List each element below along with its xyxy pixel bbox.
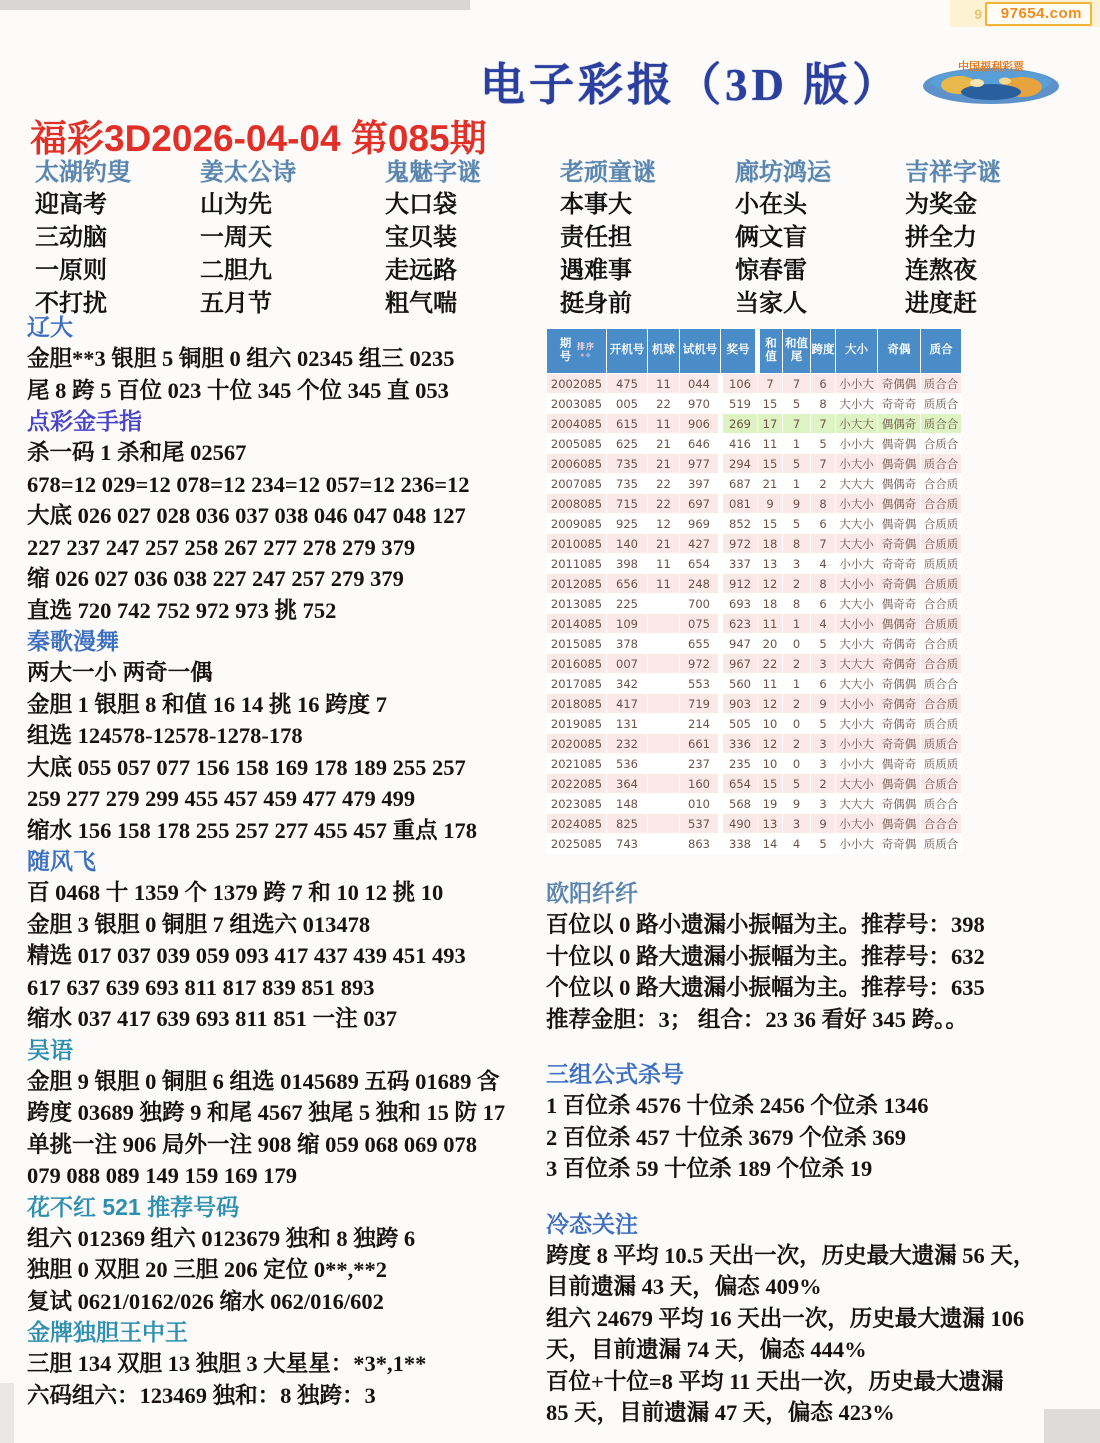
- riddle-line: 为奖金: [905, 188, 1100, 221]
- table-cell: 奇偶奇: [878, 654, 921, 674]
- table-cell: 偶奇偶: [878, 774, 921, 794]
- table-cell: 160: [680, 774, 721, 794]
- section-line: 缩水 156 158 178 255 257 277 455 457 重点 17…: [27, 815, 540, 847]
- table-cell: 12: [758, 694, 783, 714]
- table-cell: 336: [721, 734, 758, 754]
- table-cell: 大大小: [836, 774, 878, 794]
- riddle-column: 廊坊鸿运 小在头 俩文盲 惊春雷 当家人: [735, 158, 905, 320]
- section-line: 两大一小 两奇一偶: [27, 657, 540, 689]
- table-cell: 奇奇奇: [878, 394, 921, 414]
- table-cell: 合质质: [921, 514, 962, 534]
- riddle-line: 迎高考: [35, 188, 200, 221]
- section-line: 85 天，目前遗漏 47 天，偏态 423%: [546, 1397, 1100, 1429]
- table-cell: 奇偶偶: [878, 374, 921, 394]
- table-cell: [648, 674, 680, 694]
- table-cell: 237: [680, 754, 721, 774]
- riddle-lines: 迎高考 三动脑 一原则 不打扰: [35, 188, 200, 320]
- section-lines: 金胆**3 银胆 5 铜胆 0 组六 02345 组三 0235 尾 8 跨 5…: [27, 343, 540, 406]
- section-lines: 百位以 0 路小遗漏小振幅为主。推荐号：398 十位以 0 路大遗漏小振幅为主。…: [546, 909, 1100, 1035]
- table-cell: 大小小: [836, 614, 878, 634]
- table-cell: 1: [783, 674, 811, 694]
- table-cell: 大小小: [836, 694, 878, 714]
- section-line: 617 637 639 693 811 817 839 851 893: [27, 972, 540, 1004]
- table-cell: 11: [648, 374, 680, 394]
- table-cell: 2: [783, 654, 811, 674]
- table-cell: 5: [783, 514, 811, 534]
- table-cell: 9: [783, 794, 811, 814]
- section-line: 缩水 037 417 639 693 811 851 一注 037: [27, 1003, 540, 1035]
- table-row: 2019085 131 214 505 10: [547, 714, 962, 734]
- table-cell: 2013085: [547, 594, 607, 614]
- table-cell: 007: [607, 654, 648, 674]
- riddle-title: 姜太公诗: [200, 158, 385, 188]
- table-cell: 863: [680, 834, 721, 854]
- table-cell: 大大小: [836, 534, 878, 554]
- table-cell: 969: [680, 514, 721, 534]
- table-cell: 小小大: [836, 834, 878, 854]
- table-cell: 偶奇奇: [878, 754, 921, 774]
- table-cell: 大大小: [836, 674, 878, 694]
- table-cell: 10: [758, 754, 783, 774]
- riddle-column: 老顽童谜 本事大 责任担 遇难事 挺身前: [560, 158, 735, 320]
- table-cell: 338: [721, 834, 758, 854]
- table-cell: 5: [811, 714, 836, 734]
- riddle-line: 一周天: [200, 221, 385, 254]
- column-header-machine-ball: 机球: [648, 329, 680, 374]
- column-header-big-small: 大小: [836, 329, 878, 374]
- section-line: 金胆 9 银胆 0 铜胆 6 组选 0145689 五码 01689 含: [27, 1066, 540, 1098]
- table-cell: 2: [783, 694, 811, 714]
- section-lines: 跨度 8 平均 10.5 天出一次，历史最大遗漏 56 天， 目前遗漏 43 天…: [546, 1240, 1100, 1429]
- section-line: 金胆**3 银胆 5 铜胆 0 组六 02345 组三 0235: [27, 343, 540, 375]
- table-cell: [648, 694, 680, 714]
- table-cell: 693: [721, 594, 758, 614]
- analysis-section: 欧阳纤纤 百位以 0 路小遗漏小振幅为主。推荐号：398 十位以 0 路大遗漏小…: [546, 878, 1100, 1035]
- riddle-lines: 小在头 俩文盲 惊春雷 当家人: [735, 188, 905, 320]
- analysis-section: 随风飞 百 0468 十 1359 个 1379 跨 7 和 10 12 挑 1…: [27, 846, 540, 1035]
- table-cell: 2017085: [547, 674, 607, 694]
- table-cell: 5: [811, 434, 836, 454]
- sort-widget[interactable]: 排序 ●◆: [577, 343, 595, 359]
- table-cell: 6: [811, 374, 836, 394]
- table-cell: 269: [721, 414, 758, 434]
- table-cell: 质质合: [921, 394, 962, 414]
- table-cell: 398: [607, 554, 648, 574]
- table-cell: 2008085: [547, 494, 607, 514]
- table-cell: [648, 654, 680, 674]
- table-cell: 2007085: [547, 474, 607, 494]
- riddle-line: 遇难事: [560, 254, 735, 287]
- table-cell: 364: [607, 774, 648, 794]
- right-sections: 欧阳纤纤 百位以 0 路小遗漏小振幅为主。推荐号：398 十位以 0 路大遗漏小…: [546, 878, 1100, 1429]
- riddle-line: 宝贝装: [385, 221, 560, 254]
- table-cell: 大大小: [836, 594, 878, 614]
- riddle-line: 连熬夜: [905, 254, 1100, 287]
- table-cell: 13: [758, 814, 783, 834]
- table-cell: 22: [648, 394, 680, 414]
- table-cell: 0: [783, 714, 811, 734]
- section-title: 花不红 521 推荐号码: [27, 1192, 540, 1223]
- table-cell: 合合质: [921, 474, 962, 494]
- table-cell: 奇奇偶: [878, 534, 921, 554]
- riddle-line: 二胆九: [200, 254, 385, 287]
- section-title: 欧阳纤纤: [546, 878, 1100, 909]
- table-cell: 质合质: [921, 714, 962, 734]
- riddle-title: 老顽童谜: [560, 158, 735, 188]
- table-cell: 248: [680, 574, 721, 594]
- table-cell: 小小大: [836, 754, 878, 774]
- table-cell: 21: [648, 454, 680, 474]
- riddle-lines: 山为先 一周天 二胆九 五月节: [200, 188, 385, 320]
- analysis-section: 三组公式杀号 1 百位杀 4576 十位杀 2456 个位杀 1346 2 百位…: [546, 1059, 1100, 1185]
- table-cell: 5: [783, 394, 811, 414]
- table-cell: 654: [721, 774, 758, 794]
- table-cell: 623: [721, 614, 758, 634]
- section-title: 随风飞: [27, 846, 540, 877]
- table-cell: 11: [648, 414, 680, 434]
- column-header-sum-tail: 和值尾: [783, 329, 811, 374]
- table-cell: 大大大: [836, 794, 878, 814]
- table-cell: 232: [607, 734, 648, 754]
- section-line: 直选 720 742 752 972 973 挑 752: [27, 595, 540, 627]
- section-line: 十位以 0 路大遗漏小振幅为主。推荐号：632: [546, 941, 1100, 973]
- table-cell: [648, 754, 680, 774]
- table-cell: 3: [783, 554, 811, 574]
- table-cell: 11: [758, 674, 783, 694]
- masthead: 电子彩报（3D 版） 中国福利彩票: [480, 48, 1064, 113]
- table-cell: 743: [607, 834, 648, 854]
- table-row: 2018085 417 719 903 12: [547, 694, 962, 714]
- table-cell: 奇偶偶: [878, 674, 921, 694]
- analysis-section: 辽大 金胆**3 银胆 5 铜胆 0 组六 02345 组三 0235 尾 8 …: [27, 312, 540, 406]
- sort-label: 排序: [577, 343, 595, 351]
- riddle-column: 吉祥字谜 为奖金 拼全力 连熬夜 进度赶: [905, 158, 1100, 320]
- table-cell: [648, 734, 680, 754]
- table-header-row: 期号 排序 ●◆ 开机号 机球 试机号: [547, 329, 962, 374]
- column-header-winning-number: 奖号: [721, 329, 758, 374]
- table-cell: [648, 714, 680, 734]
- table-cell: 010: [680, 794, 721, 814]
- section-line: 大底 055 057 077 156 158 169 178 189 255 2…: [27, 752, 540, 784]
- table-cell: 质质合: [921, 734, 962, 754]
- table-cell: 5: [783, 454, 811, 474]
- table-cell: 2018085: [547, 694, 607, 714]
- riddle-line: 一原则: [35, 254, 200, 287]
- section-line: 目前遗漏 43 天，偏态 409%: [546, 1271, 1100, 1303]
- table-cell: 合合质: [921, 494, 962, 514]
- table-cell: 9: [811, 694, 836, 714]
- table-row: 2012085 656 11 248 912 12: [547, 574, 962, 594]
- table-cell: 1: [783, 614, 811, 634]
- table-row: 2005085 625 21 646 416 11: [547, 434, 962, 454]
- table-cell: 小小大: [836, 374, 878, 394]
- table-cell: 小小大: [836, 434, 878, 454]
- table-cell: 140: [607, 534, 648, 554]
- table-cell: 小大小: [836, 494, 878, 514]
- table-cell: 质质质: [921, 754, 962, 774]
- table-row: 2017085 342 553 560 11: [547, 674, 962, 694]
- table-cell: 3: [811, 794, 836, 814]
- table-cell: 106: [721, 374, 758, 394]
- table-cell: 906: [680, 414, 721, 434]
- table-cell: 偶奇偶: [878, 454, 921, 474]
- table-row: 2013085 225 700 693 18: [547, 594, 962, 614]
- table-cell: 700: [680, 594, 721, 614]
- table-cell: 715: [607, 494, 648, 514]
- table-cell: 967: [721, 654, 758, 674]
- table-cell: 奇偶偶: [878, 794, 921, 814]
- history-table-wrap: 期号 排序 ●◆ 开机号 机球 试机号: [546, 328, 1100, 854]
- column-header-prime-composite: 质合: [921, 329, 962, 374]
- table-cell: 2: [811, 774, 836, 794]
- table-cell: 235: [721, 754, 758, 774]
- table-cell: 378: [607, 634, 648, 654]
- table-cell: 大小大: [836, 634, 878, 654]
- riddle-line: 惊春雷: [735, 254, 905, 287]
- table-row: 2015085 378 655 947 20: [547, 634, 962, 654]
- sort-diamond-icon[interactable]: ◆: [585, 352, 591, 359]
- section-line: 3 百位杀 59 十位杀 189 个位杀 19: [546, 1153, 1100, 1185]
- table-cell: 2016085: [547, 654, 607, 674]
- table-cell: 2006085: [547, 454, 607, 474]
- table-row: 2010085 140 21 427 972 18: [547, 534, 962, 554]
- section-line: 678=12 029=12 078=12 234=12 057=12 236=1…: [27, 469, 540, 501]
- table-cell: 075: [680, 614, 721, 634]
- table-cell: 005: [607, 394, 648, 414]
- table-cell: 3: [811, 654, 836, 674]
- section-line: 组六 24679 平均 16 天出一次，历史最大遗漏 106: [546, 1303, 1100, 1335]
- table-cell: 小小大: [836, 554, 878, 574]
- table-cell: 4: [811, 554, 836, 574]
- table-cell: 719: [680, 694, 721, 714]
- table-cell: 合合质: [921, 694, 962, 714]
- table-cell: 735: [607, 454, 648, 474]
- table-cell: 2: [783, 734, 811, 754]
- riddle-line: 俩文盲: [735, 221, 905, 254]
- table-cell: 奇奇奇: [878, 554, 921, 574]
- table-cell: 18: [758, 534, 783, 554]
- table-cell: 2014085: [547, 614, 607, 634]
- table-cell: 奇奇偶: [878, 734, 921, 754]
- riddle-title: 吉祥字谜: [905, 158, 1100, 188]
- table-cell: 568: [721, 794, 758, 814]
- section-line: 1 百位杀 4576 十位杀 2456 个位杀 1346: [546, 1090, 1100, 1122]
- watermark-ghost-digit: 9: [974, 6, 982, 22]
- main-columns: 辽大 金胆**3 银胆 5 铜胆 0 组六 02345 组三 0235 尾 8 …: [0, 312, 1100, 1429]
- section-line: 金胆 1 银胆 8 和值 16 14 挑 16 跨度 7: [27, 689, 540, 721]
- table-cell: [648, 814, 680, 834]
- table-cell: 655: [680, 634, 721, 654]
- table-cell: 奇奇偶: [878, 574, 921, 594]
- section-line: 推荐金胆：3； 组合：23 36 看好 345 跨。。: [546, 1004, 1100, 1036]
- table-cell: [648, 614, 680, 634]
- table-cell: 合质合: [921, 774, 962, 794]
- table-cell: 20: [758, 634, 783, 654]
- section-line: 尾 8 跨 5 百位 023 十位 345 个位 345 直 053: [27, 375, 540, 407]
- masthead-logo: 中国福利彩票: [919, 52, 1064, 110]
- table-cell: 5: [811, 834, 836, 854]
- table-cell: 22: [648, 474, 680, 494]
- table-cell: 大小大: [836, 714, 878, 734]
- table-cell: 小大大: [836, 414, 878, 434]
- riddle-title: 太湖钓叟: [35, 158, 200, 188]
- table-cell: 2019085: [547, 714, 607, 734]
- table-cell: 2: [811, 474, 836, 494]
- table-row: 2014085 109 075 623 11: [547, 614, 962, 634]
- table-cell: 合合质: [921, 594, 962, 614]
- section-lines: 两大一小 两奇一偶 金胆 1 银胆 8 和值 16 14 挑 16 跨度 7 组…: [27, 657, 540, 846]
- column-header-period: 期号 排序 ●◆: [547, 329, 607, 374]
- table-cell: 8: [783, 534, 811, 554]
- table-cell: 8: [811, 394, 836, 414]
- table-row: 2022085 364 160 654 15: [547, 774, 962, 794]
- table-cell: 7: [811, 534, 836, 554]
- table-cell: 7: [811, 414, 836, 434]
- analysis-section: 冷态关注 跨度 8 平均 10.5 天出一次，历史最大遗漏 56 天， 目前遗漏…: [546, 1209, 1100, 1429]
- table-row: 2023085 148 010 568 19: [547, 794, 962, 814]
- section-line: 单挑一注 906 局外一注 908 缩 059 068 069 078: [27, 1129, 540, 1161]
- table-cell: 11: [648, 554, 680, 574]
- table-cell: 大小大: [836, 394, 878, 414]
- table-cell: [648, 774, 680, 794]
- riddle-column: 姜太公诗 山为先 一周天 二胆九 五月节: [200, 158, 385, 320]
- table-cell: 9: [783, 494, 811, 514]
- analysis-section: 吴语 金胆 9 银胆 0 铜胆 6 组选 0145689 五码 01689 含 …: [27, 1035, 540, 1192]
- table-cell: 2004085: [547, 414, 607, 434]
- table-cell: 大大大: [836, 474, 878, 494]
- table-cell: 977: [680, 454, 721, 474]
- section-line: 079 088 089 149 159 169 179: [27, 1160, 540, 1192]
- table-cell: 15: [758, 514, 783, 534]
- table-cell: 654: [680, 554, 721, 574]
- table-cell: 偶奇偶: [878, 434, 921, 454]
- table-row: 2009085 925 12 969 852 15: [547, 514, 962, 534]
- table-cell: 214: [680, 714, 721, 734]
- table-cell: 10: [758, 714, 783, 734]
- table-cell: 合合质: [921, 654, 962, 674]
- table-row: 2020085 232 661 336 12: [547, 734, 962, 754]
- table-cell: 4: [811, 614, 836, 634]
- section-lines: 组六 012369 组六 0123679 独和 8 独跨 6 独胆 0 双胆 2…: [27, 1223, 540, 1318]
- table-row: 2011085 398 11 654 337 13: [547, 554, 962, 574]
- section-line: 跨度 03689 独跨 9 和尾 4567 独尾 5 独和 15 防 17: [27, 1097, 540, 1129]
- section-line: 2 百位杀 457 十位杀 3679 个位杀 369: [546, 1122, 1100, 1154]
- table-row: 2024085 825 537 490 13: [547, 814, 962, 834]
- table-cell: 505: [721, 714, 758, 734]
- section-title: 点彩金手指: [27, 406, 540, 437]
- table-cell: 3: [811, 734, 836, 754]
- masthead-title: 电子彩报（3D 版）: [480, 48, 901, 113]
- table-cell: 0: [783, 634, 811, 654]
- table-cell: 2025085: [547, 834, 607, 854]
- analysis-section: 点彩金手指 杀一码 1 杀和尾 02567 678=12 029=12 078=…: [27, 406, 540, 626]
- table-cell: 质质质: [921, 554, 962, 574]
- section-line: 259 277 279 299 455 457 459 477 479 499: [27, 783, 540, 815]
- section-title: 秦歌漫舞: [27, 626, 540, 657]
- table-cell: 22: [648, 494, 680, 514]
- issue-title: 福彩3D2026-04-04 第085期: [30, 108, 487, 162]
- table-cell: 294: [721, 454, 758, 474]
- table-cell: 2011085: [547, 554, 607, 574]
- table-cell: 1: [783, 474, 811, 494]
- table-cell: 2020085: [547, 734, 607, 754]
- section-line: 六码组六：123469 独和：8 独跨：3: [27, 1380, 540, 1412]
- table-cell: 7: [783, 374, 811, 394]
- table-cell: 225: [607, 594, 648, 614]
- table-cell: 12: [758, 574, 783, 594]
- section-line: 金胆 3 银胆 0 铜胆 7 组选六 013478: [27, 909, 540, 941]
- analysis-section: 秦歌漫舞 两大一小 两奇一偶 金胆 1 银胆 8 和值 16 14 挑 16 跨…: [27, 626, 540, 846]
- table-cell: 4: [783, 834, 811, 854]
- table-cell: 18: [758, 594, 783, 614]
- table-cell: 735: [607, 474, 648, 494]
- riddle-lines: 本事大 责任担 遇难事 挺身前: [560, 188, 735, 320]
- table-cell: 偶奇偶: [878, 514, 921, 534]
- analysis-section: 花不红 521 推荐号码 组六 012369 组六 0123679 独和 8 独…: [27, 1192, 540, 1318]
- section-lines: 金胆 9 银胆 0 铜胆 6 组选 0145689 五码 01689 含 跨度 …: [27, 1066, 540, 1192]
- table-cell: 5: [811, 634, 836, 654]
- table-cell: 537: [680, 814, 721, 834]
- riddle-line: 山为先: [200, 188, 385, 221]
- section-line: 复试 0621/0162/026 缩水 062/016/602: [27, 1286, 540, 1318]
- table-cell: 6: [811, 514, 836, 534]
- table-row: 2016085 007 972 967 22: [547, 654, 962, 674]
- table-cell: 9: [811, 814, 836, 834]
- table-cell: 3: [783, 814, 811, 834]
- section-line: 天，目前遗漏 74 天，偏态 444%: [546, 1334, 1100, 1366]
- table-cell: 11: [758, 614, 783, 634]
- table-cell: 15: [758, 774, 783, 794]
- table-cell: 912: [721, 574, 758, 594]
- table-cell: 大小小: [836, 574, 878, 594]
- table-cell: 337: [721, 554, 758, 574]
- table-cell: 2009085: [547, 514, 607, 534]
- table-cell: 7: [758, 374, 783, 394]
- table-cell: 奇偶奇: [878, 694, 921, 714]
- table-cell: 6: [811, 594, 836, 614]
- table-cell: 490: [721, 814, 758, 834]
- table-cell: 14: [758, 834, 783, 854]
- riddle-lines: 大口袋 宝贝装 走远路 粗气喘: [385, 188, 560, 320]
- table-cell: 2002085: [547, 374, 607, 394]
- table-cell: 7: [811, 454, 836, 474]
- table-cell: 13: [758, 554, 783, 574]
- table-cell: 656: [607, 574, 648, 594]
- table-cell: 偶偶奇: [878, 614, 921, 634]
- section-line: 百位以 0 路小遗漏小振幅为主。推荐号：398: [546, 909, 1100, 941]
- table-cell: [648, 834, 680, 854]
- table-cell: 质合合: [921, 794, 962, 814]
- section-line: 个位以 0 路大遗漏小振幅为主。推荐号：635: [546, 972, 1100, 1004]
- table-cell: 0: [783, 754, 811, 774]
- analysis-section: 金牌独胆王中王 三胆 134 双胆 13 独胆 3 大星星：*3*,1** 六码…: [27, 1317, 540, 1411]
- table-cell: 2023085: [547, 794, 607, 814]
- table-cell: 合合合: [921, 814, 962, 834]
- table-cell: 奇奇偶: [878, 834, 921, 854]
- table-cell: 大大小: [836, 514, 878, 534]
- table-cell: 12: [648, 514, 680, 534]
- table-cell: 646: [680, 434, 721, 454]
- riddle-column: 太湖钓叟 迎高考 三动脑 一原则 不打扰: [35, 158, 200, 320]
- table-cell: 21: [648, 434, 680, 454]
- table-cell: 687: [721, 474, 758, 494]
- section-title: 冷态关注: [546, 1209, 1100, 1240]
- column-header-span: 跨度: [811, 329, 836, 374]
- watermark-badge[interactable]: 97654.com: [985, 2, 1092, 26]
- table-cell: 2: [783, 574, 811, 594]
- table-cell: 奇偶奇: [878, 714, 921, 734]
- table-cell: 11: [648, 574, 680, 594]
